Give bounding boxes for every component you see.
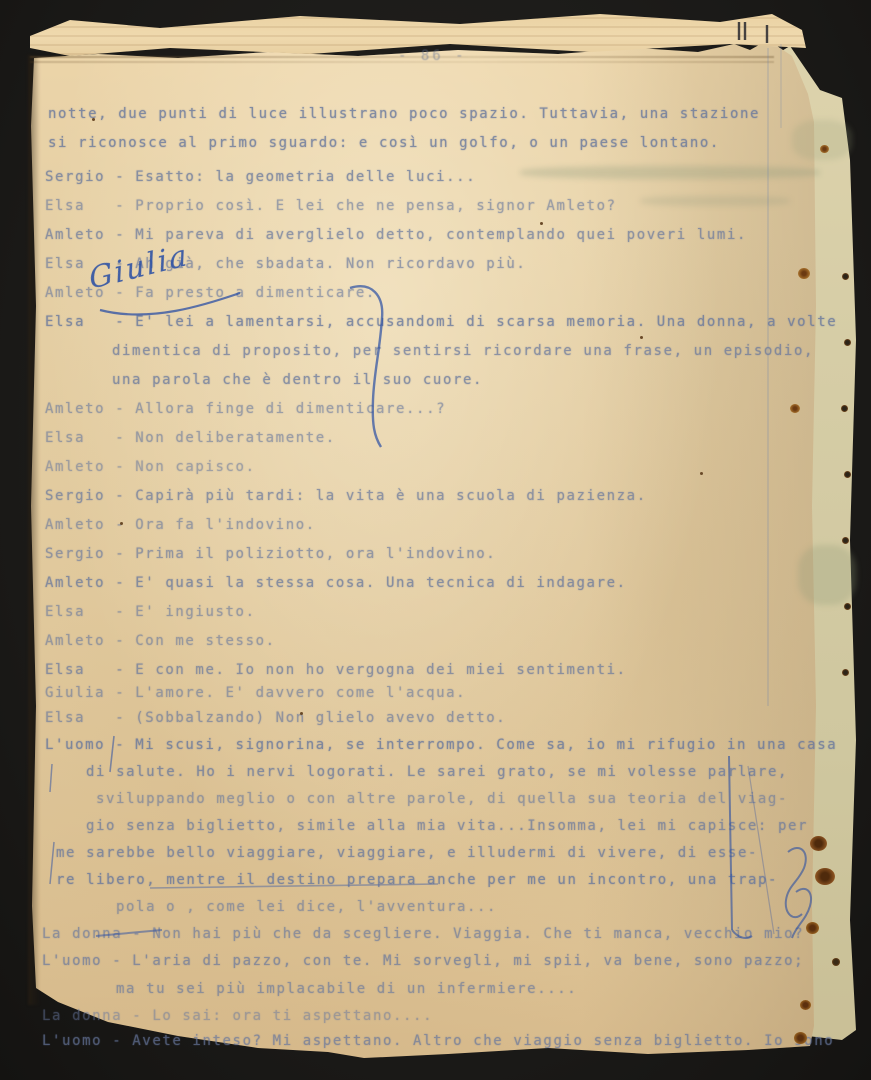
script-line: L'uomo - L'aria di pazzo, con te. Mi sor… — [42, 953, 804, 969]
script-line: Elsa - (Sobbalzando) Non glielo avevo de… — [45, 710, 506, 726]
speck — [120, 522, 123, 525]
rust-stain — [806, 922, 819, 934]
script-line: Sergio - Esatto: la geometria delle luci… — [45, 169, 476, 185]
script-line: gio senza biglietto, simile alla mia vit… — [86, 818, 808, 834]
script-line: Amleto - Allora finge di dimenticare...? — [45, 401, 446, 417]
script-line: La donna - Non hai più che da scegliere.… — [42, 926, 804, 942]
script-line: Amleto - E' quasi la stessa cosa. Una te… — [45, 575, 627, 591]
perforation-hole — [844, 471, 851, 478]
script-line: di salute. Ho i nervi logorati. Le sarei… — [86, 764, 788, 780]
script-line: Elsa - E' lei a lamentarsi, accusandomi … — [45, 314, 837, 330]
perforation-hole — [844, 603, 851, 610]
script-line: L'uomo - Mi scusi, signorina, se interro… — [45, 737, 837, 753]
speck — [640, 336, 643, 339]
script-line: re libero, mentre il destino prepara anc… — [56, 872, 778, 888]
script-line: Elsa - E' ingiusto. — [45, 604, 256, 620]
script-line: Amleto - Non capisco. — [45, 459, 256, 475]
rust-stain — [815, 868, 835, 885]
speck — [700, 472, 703, 475]
script-line: notte, due punti di luce illustrano poco… — [48, 106, 760, 122]
rust-stain — [800, 1000, 811, 1010]
perforation-hole — [841, 405, 848, 412]
script-line: dimentica di proposito, per sentirsi ric… — [112, 343, 814, 359]
scanned-script-page: - 86 - notte, due punti di luce illustra… — [0, 0, 871, 1080]
script-line: Elsa - Proprio così. E lei che ne pensa,… — [45, 198, 617, 214]
rust-stain — [794, 1032, 807, 1044]
script-line: sviluppando meglio o con altre parole, d… — [96, 791, 788, 807]
script-line: Elsa - Non deliberatamente. — [45, 430, 336, 446]
script-text: notte, due punti di luce illustrano poco… — [0, 0, 871, 1080]
script-line: ma tu sei più implacabile di un infermie… — [116, 981, 577, 997]
script-line: si riconosce al primo sguardo: e così un… — [48, 135, 720, 151]
script-line: pola o , come lei dice, l'avventura... — [116, 899, 497, 915]
speck — [300, 712, 303, 715]
script-line: La donna - Lo sai: ora ti aspettano.... — [42, 1008, 433, 1024]
script-line: una parola che è dentro il suo cuore. — [112, 372, 483, 388]
script-line: me sarebbe bello viaggiare, viaggiare, e… — [56, 845, 758, 861]
rust-stain — [820, 145, 829, 153]
script-line: L'uomo - Avete inteso? Mi aspettano. Alt… — [42, 1033, 834, 1049]
script-line: Sergio - Capirà più tardi: la vita è una… — [45, 488, 647, 504]
rust-stain — [810, 836, 827, 851]
perforation-hole — [844, 339, 851, 346]
script-line: Amleto - Con me stesso. — [45, 633, 276, 649]
script-line: Sergio - Prima il poliziotto, ora l'indo… — [45, 546, 496, 562]
speck — [92, 118, 95, 121]
rust-stain — [798, 268, 810, 279]
script-line: Amleto - Mi pareva di averglielo detto, … — [45, 227, 747, 243]
script-line: Amleto - Ora fa l'indovino. — [45, 517, 316, 533]
rust-stain — [832, 958, 840, 966]
perforation-hole — [842, 537, 849, 544]
rust-stain — [790, 404, 800, 413]
script-line: Giulia - L'amore. E' davvero come l'acqu… — [45, 685, 466, 701]
perforation-hole — [842, 273, 849, 280]
speck — [540, 222, 543, 225]
script-line: Elsa - E con me. Io non ho vergogna dei … — [45, 662, 627, 678]
perforation-hole — [842, 669, 849, 676]
